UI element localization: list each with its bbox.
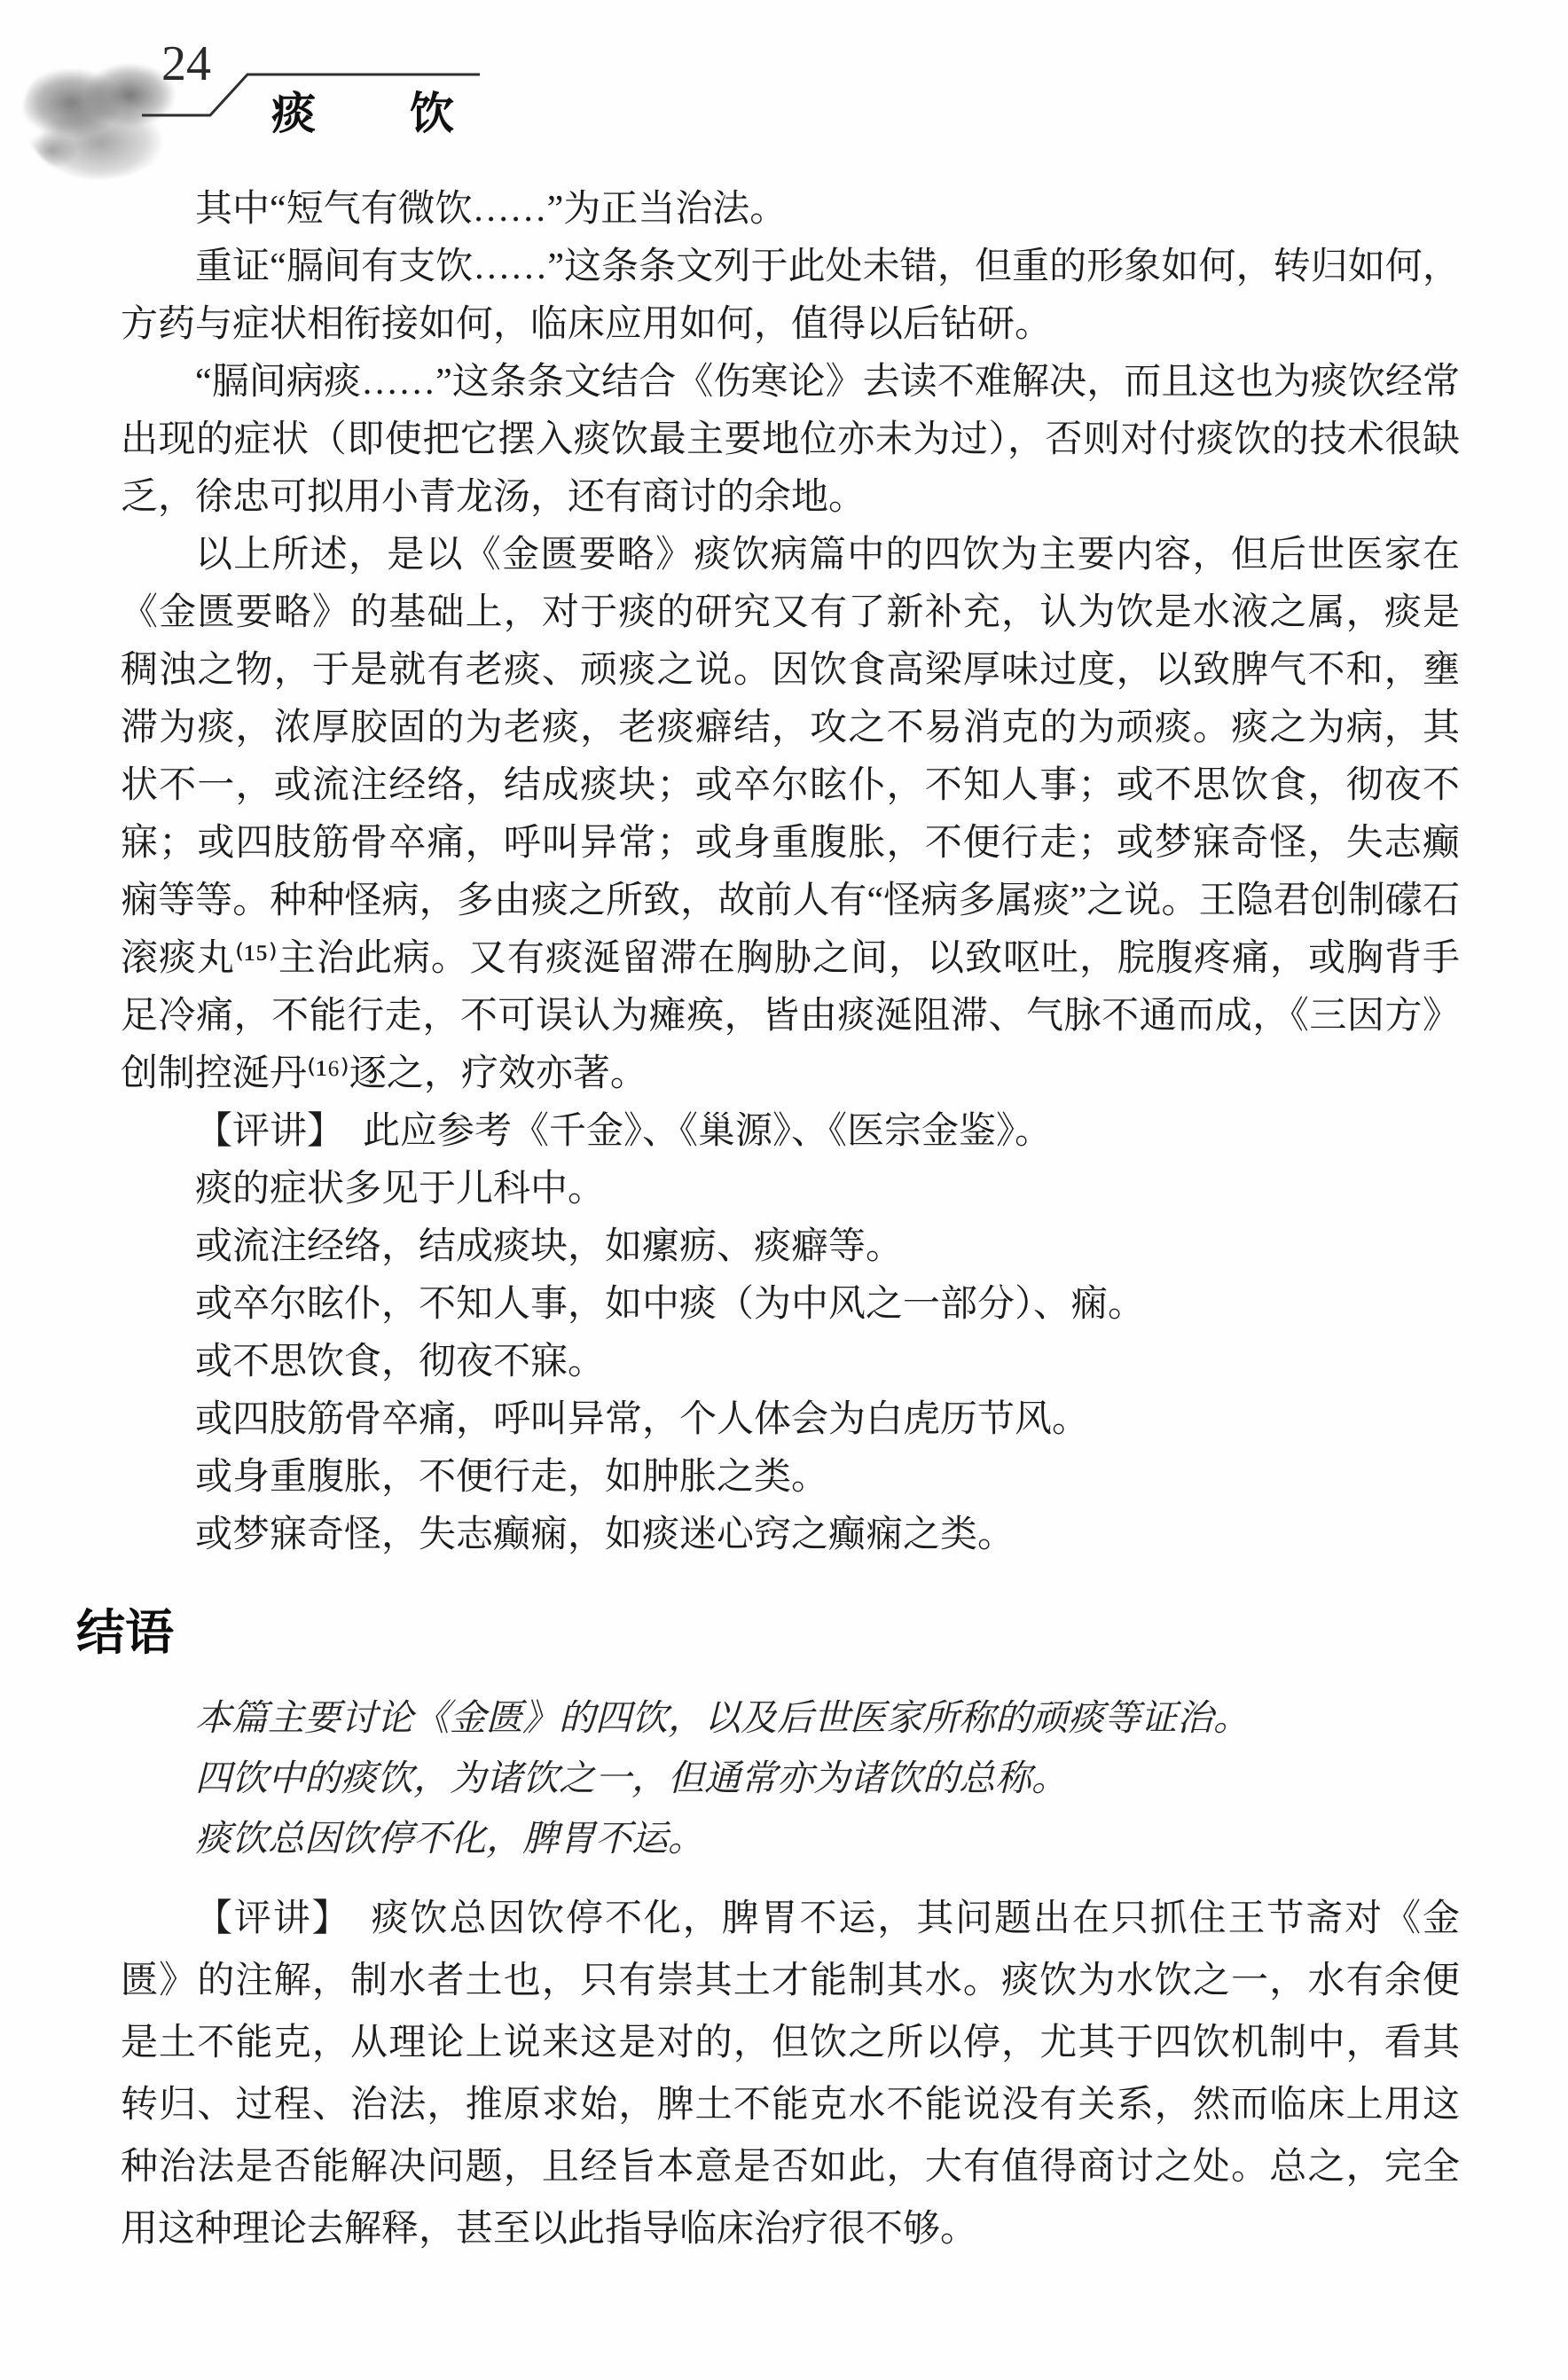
- conclusion-point-2: 四饮中的痰饮，为诸饮之一，但通常亦为诸饮的总称。: [121, 1748, 1460, 1808]
- list-item-heaviness: 或身重腹胀，不便行走，如肿胀之类。: [121, 1449, 1460, 1507]
- section-heading-conclusion: 结语: [76, 1605, 1460, 1661]
- book-page: 24 痰 饮 其中“短气有微饮……”为正当治法。 重证“膈间有支饮……”这条条文…: [0, 0, 1568, 2380]
- paragraph-final-commentary: 【评讲】 痰饮总因饮停不化，脾胃不运，其问题出在只抓住王节斋对《金匮》的注解，制…: [121, 1888, 1460, 2260]
- list-item-dreams: 或梦寐奇怪，失志癫痫，如痰迷心窍之癫痫之类。: [121, 1507, 1460, 1564]
- paragraph-severe-pattern: 重证“膈间有支饮……”这条条文列于此处未错，但重的形象如何，转归如何，方药与症状…: [121, 239, 1460, 354]
- list-item-appetite: 或不思饮食，彻夜不寐。: [121, 1334, 1460, 1391]
- list-item-fainting: 或卒尔眩仆，不知人事，如中痰（为中风之一部分）、痫。: [121, 1276, 1460, 1334]
- conclusion-point-1: 本篇主要讨论《金匮》的四饮，以及后世医家所称的顽痰等证治。: [121, 1687, 1460, 1748]
- running-title: 痰 饮: [271, 87, 456, 140]
- conclusion-point-3: 痰饮总因饮停不化，脾胃不运。: [121, 1808, 1460, 1868]
- paragraph-pediatrics-note: 痰的症状多见于儿科中。: [121, 1161, 1460, 1218]
- page-text-block: 其中“短气有微饮……”为正当治法。 重证“膈间有支饮……”这条条文列于此处未错，…: [121, 181, 1460, 2298]
- paragraph-diaphragm-phlegm: “膈间病痰……”这条条文结合《伤寒论》去读不难解决，而且这也为痰饮经常出现的症状…: [121, 354, 1460, 527]
- list-item-limb-pain: 或四肢筋骨卒痛，呼叫异常，个人体会为白虎历节风。: [121, 1391, 1460, 1449]
- paragraph-commentary-references: 【评讲】 此应参考《千金》、《巢源》、《医宗金鉴》。: [121, 1103, 1460, 1161]
- paragraph-later-physicians: 以上所述，是以《金匮要略》痰饮病篇中的四饮为主要内容，但后世医家在《金匮要略》的…: [121, 527, 1460, 1103]
- paragraph-treatment-note: 其中“短气有微饮……”为正当治法。: [121, 181, 1460, 239]
- list-item-channels: 或流注经络，结成痰块，如瘰疬、痰癖等。: [121, 1218, 1460, 1276]
